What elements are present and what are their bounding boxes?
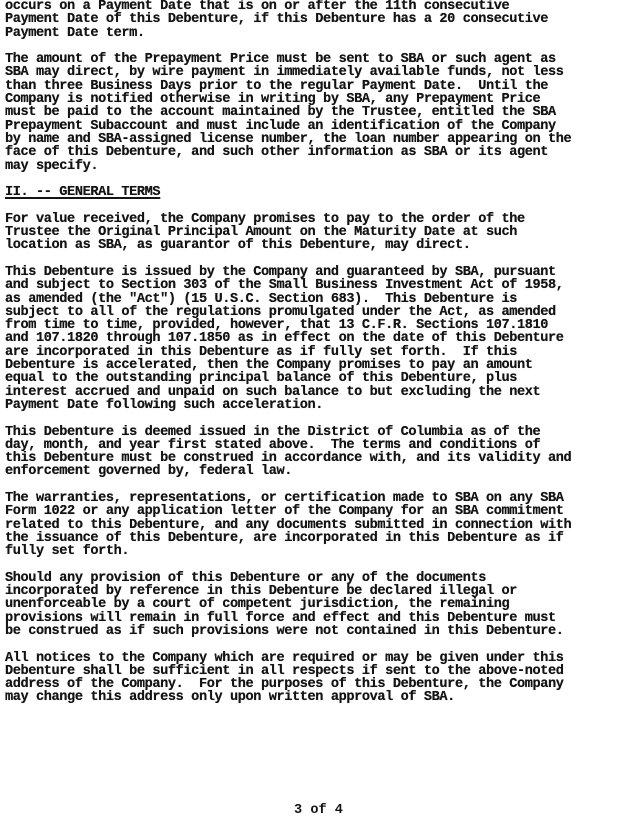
- general-terms-paragraphs: For value received, the Company promises…: [5, 213, 637, 705]
- text-line: The warranties, representations, or cert…: [5, 492, 637, 505]
- text-line: are incorporated in this Debenture as if…: [5, 346, 637, 359]
- text-line: interest accrued and unpaid on such bala…: [5, 386, 637, 399]
- text-line: Company is notified otherwise in writing…: [5, 93, 637, 106]
- text-line: subject to all of the regulations promul…: [5, 306, 637, 319]
- page-number: 3 of 4: [0, 803, 637, 818]
- paragraph-issuance: This Debenture is issued by the Company …: [5, 266, 637, 412]
- text-line: All notices to the Company which are req…: [5, 652, 637, 665]
- text-line: equal to the outstanding principal balan…: [5, 372, 637, 385]
- text-line: must be paid to the account maintained b…: [5, 106, 637, 119]
- paragraph-value-received: For value received, the Company promises…: [5, 213, 637, 253]
- text-line: enforcement governed by, federal law.: [5, 465, 637, 478]
- text-line: This Debenture is deemed issued in the D…: [5, 426, 637, 439]
- text-line: from time to time, provided, however, th…: [5, 319, 637, 332]
- text-line: Should any provision of this Debenture o…: [5, 572, 637, 585]
- text-line: Payment Date of this Debenture, if this …: [5, 13, 637, 26]
- text-line: The amount of the Prepayment Price must …: [5, 53, 637, 66]
- text-line: Prepayment Subaccount and must include a…: [5, 120, 637, 133]
- text-line: and subject to Section 303 of the Small …: [5, 279, 637, 292]
- paragraph-notices: All notices to the Company which are req…: [5, 652, 637, 705]
- section-heading-general-terms: II. -- GENERAL TERMS: [5, 186, 637, 199]
- text-line: related to this Debenture, and any docum…: [5, 519, 637, 532]
- text-line: Payment Date following such acceleration…: [5, 399, 637, 412]
- text-line: Debenture is accelerated, then the Compa…: [5, 359, 637, 372]
- text-line: incorporated by reference in this Debent…: [5, 585, 637, 598]
- text-line: address of the Company. For the purposes…: [5, 678, 637, 691]
- text-line: by name and SBA-assigned license number,…: [5, 133, 637, 146]
- pre-section-paragraphs: occurs on a Payment Date that is on or a…: [5, 0, 637, 173]
- text-line: unenforceable by a court of competent ju…: [5, 598, 637, 611]
- text-line: This Debenture is issued by the Company …: [5, 266, 637, 279]
- text-line: face of this Debenture, and such other i…: [5, 146, 637, 159]
- text-line: occurs on a Payment Date that is on or a…: [5, 0, 637, 13]
- text-line: For value received, the Company promises…: [5, 213, 637, 226]
- text-line: location as SBA, as guarantor of this De…: [5, 239, 637, 252]
- paragraph-governing-law: This Debenture is deemed issued in the D…: [5, 426, 637, 479]
- text-line: Form 1022 or any application letter of t…: [5, 505, 637, 518]
- text-line: Debenture shall be sufficient in all res…: [5, 665, 637, 678]
- text-line: Payment Date term.: [5, 27, 637, 40]
- paragraph-continuation: occurs on a Payment Date that is on or a…: [5, 0, 637, 40]
- paragraph-severability: Should any provision of this Debenture o…: [5, 572, 637, 638]
- text-line: fully set forth.: [5, 545, 637, 558]
- text-line: may change this address only upon writte…: [5, 691, 637, 704]
- paragraph-prepayment-price: The amount of the Prepayment Price must …: [5, 53, 637, 173]
- paragraph-warranties: The warranties, representations, or cert…: [5, 492, 637, 558]
- text-line: this Debenture must be construed in acco…: [5, 452, 637, 465]
- text-line: day, month, and year first stated above.…: [5, 439, 637, 452]
- text-line: and 107.1820 through 107.1850 as in effe…: [5, 332, 637, 345]
- text-line: as amended (the "Act") (15 U.S.C. Sectio…: [5, 293, 637, 306]
- text-line: provisions will remain in full force and…: [5, 612, 637, 625]
- text-line: the issuance of this Debenture, are inco…: [5, 532, 637, 545]
- text-line: may specify.: [5, 160, 637, 173]
- text-line: be construed as if such provisions were …: [5, 625, 637, 638]
- document-page: occurs on a Payment Date that is on or a…: [5, 0, 637, 718]
- text-line: than three Business Days prior to the re…: [5, 80, 637, 93]
- text-line: Trustee the Original Principal Amount on…: [5, 226, 637, 239]
- text-line: SBA may direct, by wire payment in immed…: [5, 66, 637, 79]
